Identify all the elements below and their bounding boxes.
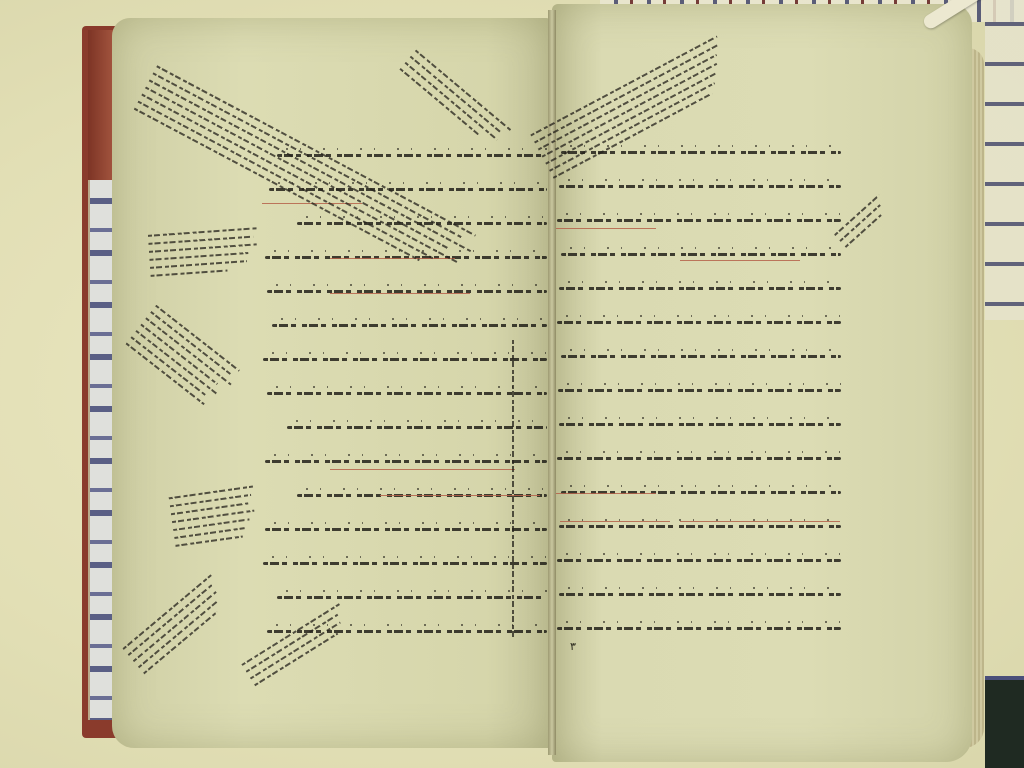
text-line <box>556 237 841 271</box>
binding-leather <box>88 30 114 180</box>
text-line <box>556 441 841 475</box>
text-line <box>556 271 841 305</box>
text-line <box>556 373 841 407</box>
text-line <box>556 339 841 373</box>
red-rule <box>680 521 840 522</box>
text-line <box>556 203 841 237</box>
red-rule <box>680 260 800 261</box>
marginalia-left-upper <box>147 221 262 308</box>
dark-cloth <box>985 680 1024 768</box>
red-rule <box>556 228 656 229</box>
text-line <box>556 543 841 577</box>
text-line <box>262 308 547 342</box>
text-line <box>556 475 841 509</box>
red-rule <box>556 493 656 494</box>
page-number-mark: ٣ <box>570 640 576 653</box>
text-line <box>556 407 841 441</box>
red-rule <box>560 521 670 522</box>
red-rule <box>330 469 515 470</box>
text-line <box>556 509 841 543</box>
text-line <box>556 577 841 611</box>
text-line <box>556 611 841 645</box>
right-page-text <box>556 135 841 645</box>
patterned-cloth-right <box>985 0 1024 320</box>
text-line <box>556 305 841 339</box>
marginalia-gutter-vertical <box>500 340 520 640</box>
